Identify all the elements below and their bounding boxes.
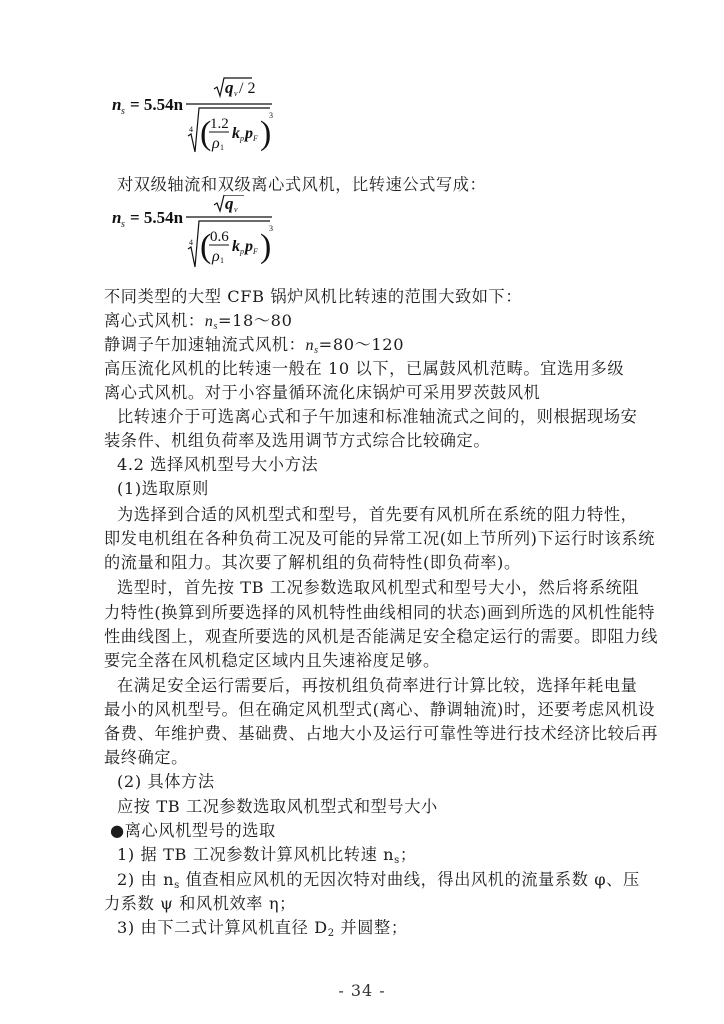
svg-text:s: s xyxy=(121,219,125,230)
para-high-pressure-line: 高压流化风机的比转速一般在 10 以下，已属鼓风机范畴。宜选用多级 xyxy=(104,359,624,379)
svg-text:ρ: ρ xyxy=(211,248,220,265)
para-selection-line: 选型时，首先按 TB 工况参数选取风机型式和型号大小，然后将系统阻 xyxy=(117,578,639,598)
svg-text:F: F xyxy=(252,134,258,143)
method-intro: 应按 TB 工况参数选取风机型式和型号大小 xyxy=(117,797,438,817)
svg-text:1.2: 1.2 xyxy=(210,116,229,132)
step-2: 2) 由 ns 值查相应风机的无因次特对曲线，得出风机的流量系数 φ、压 xyxy=(117,870,640,896)
svg-text:s: s xyxy=(121,106,125,117)
step-1: 1) 据 TB 工况参数计算风机比转速 ns； xyxy=(117,845,417,871)
range-axial: 静调子午加速轴流式风机：ns=80～120 xyxy=(104,335,404,361)
document-page: n s = 5.54n q v / 2 4 ( 1.2 ρ 1 k p p F … xyxy=(0,0,724,1024)
range-centrifugal-label: 离心式风机： xyxy=(104,311,205,330)
para-principle-line: 为选择到合适的风机型式和型号，首先要有风机所在系统的阻力特性， xyxy=(117,505,637,525)
svg-text:k: k xyxy=(232,238,240,255)
range-axial-value: =80～120 xyxy=(319,335,404,354)
step-3: 3) 由下二式计算风机直径 D2 并圆整； xyxy=(117,918,408,944)
svg-text:1: 1 xyxy=(220,143,224,152)
para-between-line: 比转速介于可选离心式和子午加速和标准轴流式之间的，则根据现场安 xyxy=(117,407,637,427)
svg-text:q: q xyxy=(225,195,234,213)
svg-text:v: v xyxy=(234,205,238,214)
para-economy-line: 备费、年维护费、基础费、占地大小及运行可靠性等进行技术经济比较后再 xyxy=(104,724,658,744)
subsection-heading-method: (2) 具体方法 xyxy=(117,772,215,792)
svg-text:= 5.54n: = 5.54n xyxy=(130,208,184,227)
subsection-heading-principle: (1)选取原则 xyxy=(117,479,209,499)
svg-text:= 5.54n: = 5.54n xyxy=(130,95,184,114)
para-principle-line: 的流量和阻力。其次要了解机组的负荷特性(即负荷率)。 xyxy=(104,553,521,573)
para-principle-line: 即发电机组在各种负荷工况及可能的异常工况(如上节所列)下运行时该系统 xyxy=(104,529,655,549)
formula-specific-speed-dual: n s = 5.54n q v 4 ( 0.6 ρ 1 k p p F ) 3 xyxy=(112,195,312,275)
para-selection-line: 性曲线图上，观查所要选的风机是否能满足安全稳定运行的需要。即阻力线 xyxy=(104,627,658,647)
section-heading: 4.2 选择风机型号大小方法 xyxy=(117,455,318,475)
svg-text:p: p xyxy=(243,238,253,255)
ranges-intro: 不同类型的大型 CFB 锅炉风机比转速的范围大致如下： xyxy=(104,287,522,307)
svg-text:k: k xyxy=(232,125,240,142)
para-selection-line: 要完全落在风机稳定区域内且失速裕度足够。 xyxy=(104,651,440,671)
svg-text:p: p xyxy=(239,134,244,143)
intro-dual-stage: 对双级轴流和双级离心式风机，比转速公式写成： xyxy=(117,175,486,195)
svg-text:3: 3 xyxy=(269,111,273,120)
svg-text:): ) xyxy=(260,115,271,152)
para-high-pressure-line: 离心式风机。对于小容量循环流化床锅炉可采用罗茨鼓风机 xyxy=(104,383,540,403)
para-selection-line: 力特性(换算到所要选择的风机特性曲线相同的状态)画到所选的风机性能特 xyxy=(104,603,655,623)
svg-text:ρ: ρ xyxy=(211,135,220,152)
svg-text:4: 4 xyxy=(189,238,193,247)
svg-text:1: 1 xyxy=(220,256,224,265)
para-economy-line: 在满足安全运行需要后，再按机组负荷率进行计算比较，选择年耗电量 xyxy=(117,676,637,696)
svg-text:3: 3 xyxy=(269,224,273,233)
svg-text:q: q xyxy=(225,78,234,97)
svg-text:v: v xyxy=(234,89,238,98)
svg-text:p: p xyxy=(239,247,244,256)
svg-text:/ 2: / 2 xyxy=(239,80,255,97)
bullet-heading-centrifugal: ●离心风机型号的选取 xyxy=(110,821,276,841)
svg-text:p: p xyxy=(243,125,253,142)
para-economy-line: 最终确定。 xyxy=(104,748,188,768)
range-centrifugal: 离心式风机：ns=18～80 xyxy=(104,311,292,337)
range-centrifugal-value: =18～80 xyxy=(218,311,293,330)
range-axial-label: 静调子午加速轴流式风机： xyxy=(104,335,305,354)
formula-specific-speed-single: n s = 5.54n q v / 2 4 ( 1.2 ρ 1 k p p F … xyxy=(112,74,312,154)
svg-text:0.6: 0.6 xyxy=(210,229,229,245)
svg-text:F: F xyxy=(252,247,258,256)
svg-text:): ) xyxy=(260,228,271,265)
para-economy-line: 最小的风机型号。但在确定风机型式(离心、静调轴流)时，还要考虑风机设 xyxy=(104,700,655,720)
step-2-continued: 力系数 ψ 和风机效率 η； xyxy=(104,894,296,914)
para-between-line: 装条件、机组负荷率及选用调节方式综合比较确定。 xyxy=(104,431,490,451)
svg-text:4: 4 xyxy=(189,125,193,134)
page-number: - 34 - xyxy=(0,981,724,1000)
